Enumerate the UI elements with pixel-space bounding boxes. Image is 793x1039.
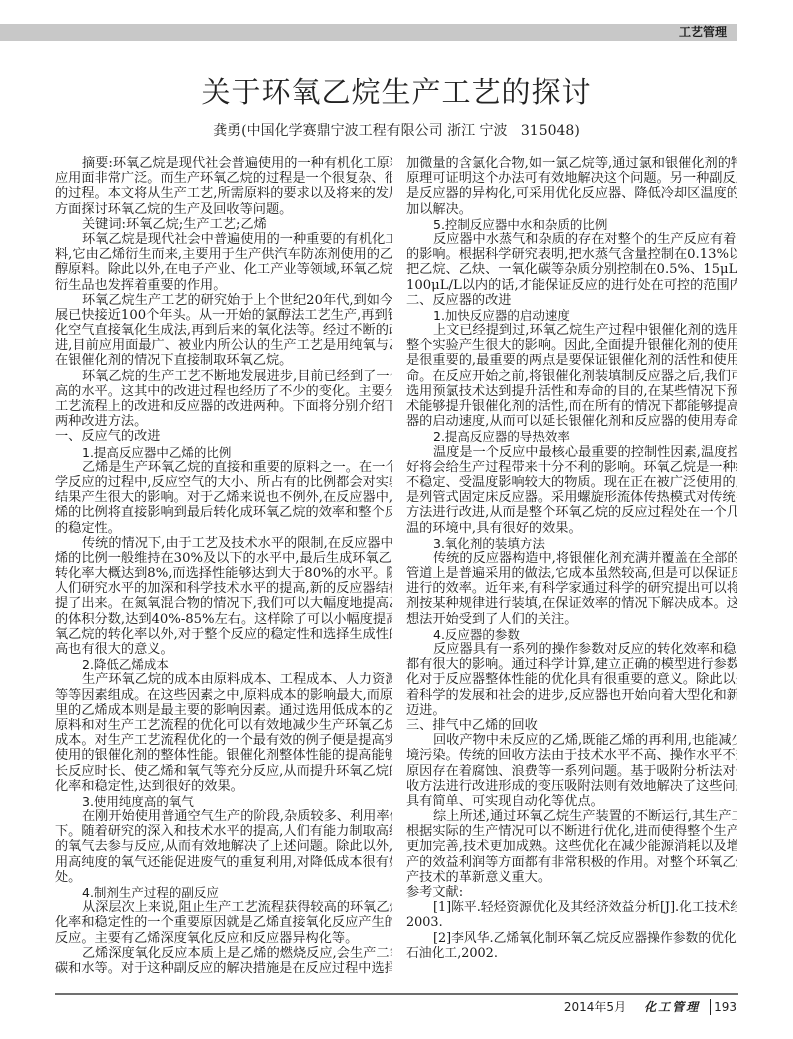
text-line: 收方法进行改进形成的变压吸附法则有效地解决了这些问题,还 bbox=[406, 779, 737, 794]
text-line: 综上所述,通过环氧乙烷生产装置的不断运行,其生产工艺 bbox=[406, 809, 737, 824]
text-line: 的过程。本文将从生产工艺,所需原料的要求以及将来的发展等 bbox=[55, 186, 392, 201]
section-tag: 工艺管理 bbox=[679, 24, 727, 41]
text-line: 结果产生很大的影响。对于乙烯来说也不例外,在反应器中,乙 bbox=[55, 490, 392, 505]
text-line: 方面探讨环氧乙烷的生产及回收等问题。 bbox=[55, 202, 392, 217]
text-line: 工艺流程上的改进和反应器的改进两种。下面将分别介绍下这 bbox=[55, 399, 392, 414]
text-line: 在银催化剂的情况下直接制取环氧乙烷。 bbox=[55, 353, 392, 368]
text-line: 选用预氯技术达到提升活性和寿命的目的,在某些情况下预氯技 bbox=[406, 384, 737, 399]
text-line: 烯的比例将直接影响到最后转化成环氧乙烷的效率和整个反应 bbox=[55, 505, 392, 520]
text-line: 两种改进方法。 bbox=[55, 414, 392, 429]
text-line: 提了出来。在氮氧混合物的情况下,我们可以大幅度地提高乙烯 bbox=[55, 596, 392, 611]
text-line: 不稳定、受温度影响较大的物质。现在正在被广泛使用的反应器 bbox=[406, 475, 737, 490]
text-line: 原料和对生产工艺流程的优化可以有效地减少生产环氧乙烷的 bbox=[55, 718, 392, 733]
text-line: 碳和水等。对于这种副反应的解决措施是在反应过程中选择添 bbox=[55, 961, 392, 976]
left-column: 摘要:环氧乙烷是现代社会普遍使用的一种有机化工原料,应用面非常广泛。而生产环氧乙… bbox=[55, 156, 392, 976]
text-line: 根据实际的生产情况可以不断进行优化,进而使得整个生产流程 bbox=[406, 824, 737, 839]
text-line: 醇原料。除此以外,在电子产业、化工产业等领域,环氧乙烷及其 bbox=[55, 262, 392, 277]
text-line: 进,目前应用面最广、被业内所公认的生产工艺是用纯氧与乙烯 bbox=[55, 338, 392, 353]
text-line: 烯的比例一般维持在30%及以下的水平中,最后生成环氧乙烷的 bbox=[55, 551, 392, 566]
text-line: 着科学的发展和社会的进步,反应器也开始向着大型化和新型化 bbox=[406, 688, 737, 703]
text-line: 应用面非常广泛。而生产环氧乙烷的过程是一个很复杂、很精密 bbox=[55, 171, 392, 186]
text-line: 温度是一个反应中最核心最重要的控制性因素,温度控制不 bbox=[406, 445, 737, 460]
text-line: 环氧乙烷生产工艺的研究始于上个世纪20年代,到如今发 bbox=[55, 293, 392, 308]
section-heading: 4.制剂生产过程的副反应 bbox=[55, 885, 392, 900]
text-line: 乙烯深度氧化反应本质上是乙烯的燃烧反应,会生产二氧化 bbox=[55, 946, 392, 961]
text-line: 管道上是普遍采用的做法,它成本虽然较高,但是可以保证反应 bbox=[406, 566, 737, 581]
author-line: 龚勇(中国化学赛鼎宁波工程有限公司 浙江 宁波 315048) bbox=[213, 123, 580, 139]
text-line: 加以解决。 bbox=[406, 202, 737, 217]
text-line: 是很重要的,最重要的两点是要保证银催化剂的活性和使用寿 bbox=[406, 353, 737, 368]
text-line: [2]李风华.乙烯氧化制环氧乙烷反应器操作参数的优化[J]. bbox=[406, 931, 737, 946]
text-line: 摘要:环氧乙烷是现代社会普遍使用的一种有机化工原料, bbox=[55, 156, 392, 171]
text-line: 反应。主要有乙烯深度氧化反应和反应器异构化等。 bbox=[55, 931, 392, 946]
text-line: 环氧乙烷是现代社会中普遍使用的一种重要的有机化工原 bbox=[55, 232, 392, 247]
text-line: 上文已经提到过,环氧乙烷生产过程中银催化剂的选用将对 bbox=[406, 323, 737, 338]
issue-date: 2014年5月 bbox=[564, 999, 626, 1015]
text-line: 进行的效率。近年来,有科学家通过科学的研究提出可以将催化 bbox=[406, 581, 737, 596]
text-line: 的影响。根据科学研究表明,把水蒸气含量控制在0.13%以下, bbox=[406, 247, 737, 262]
text-line: 的体积分数,达到40%-85%左右。这样除了可以小幅度提高环 bbox=[55, 612, 392, 627]
section-heading: 一、反应气的改进 bbox=[55, 429, 392, 444]
header-bar: 工艺管理 bbox=[0, 24, 737, 41]
text-line: 关键词:环氧乙烷;生产工艺;乙烯 bbox=[55, 217, 392, 232]
text-line: 传统的情况下,由于工艺及技术水平的限制,在反应器中乙 bbox=[55, 536, 392, 551]
author-affiliation: 龚勇(中国化学赛鼎宁波工程有限公司 浙江 宁波 315048) bbox=[0, 120, 793, 140]
text-line: 100μL/L以内的话,才能保证反应的进行处在可控的范围内。 bbox=[406, 278, 737, 293]
text-line: 里的乙烯成本则是最主要的影响因素。通过选用低成本的乙烯 bbox=[55, 703, 392, 718]
text-line: 衍生品也发挥着重要的作用。 bbox=[55, 278, 392, 293]
section-heading: 3.氧化剂的装填方法 bbox=[406, 536, 737, 551]
text-line: 产技术的革新意义重大。 bbox=[406, 870, 737, 885]
text-line: 生产环氧乙烷的成本由原料成本、工程成本、人力资源成本 bbox=[55, 672, 392, 687]
text-line: 反应器中水蒸气和杂质的存在对整个的生产反应有着巨大 bbox=[406, 232, 737, 247]
text-line: 的稳定性。 bbox=[55, 521, 392, 536]
text-line: 方法进行改进,从而是整个环氧乙烷的反应过程处在一个几乎恒 bbox=[406, 505, 737, 520]
chevron-left-icon bbox=[602, 48, 612, 65]
text-line: 化对于反应器整体性能的优化具有很重要的意义。除此以外,随 bbox=[406, 672, 737, 687]
section-heading: 参考文献: bbox=[406, 885, 737, 900]
text-line: 在刚开始使用普通空气生产的阶段,杂质较多、利用率低 bbox=[55, 809, 392, 824]
text-line: 处。 bbox=[55, 870, 392, 885]
section-heading: 1.加快反应器的启动速度 bbox=[406, 308, 737, 323]
section-heading: 三、排气中乙烯的回收 bbox=[406, 718, 737, 733]
text-line: 器的启动速度,从而可以延长银催化剂和反应器的使用寿命。 bbox=[406, 414, 737, 429]
text-line: 温的环境中,具有很好的效果。 bbox=[406, 521, 737, 536]
text-line: 从深层次上来说,阻止生产工艺流程获得较高的环氧乙烷转 bbox=[55, 900, 392, 915]
section-heading: 2.降低乙烯成本 bbox=[55, 657, 392, 672]
text-line: 产的效益利润等方面都有非常积极的作用。对整个环氧乙烷生 bbox=[406, 855, 737, 870]
text-line: 成本。对生产工艺流程优化的一个最有效的例子便是提高实验 bbox=[55, 733, 392, 748]
text-line: 原因存在着腐蚀、浪费等一系列问题。基于吸附分析法对传统回 bbox=[406, 764, 737, 779]
text-line: 传统的反应器构造中,将银催化剂充满并覆盖在全部的反应 bbox=[406, 551, 737, 566]
text-line: 更加完善,技术更加成熟。这些优化在减少能源消耗以及增加生 bbox=[406, 839, 737, 854]
text-line: 下。随着研究的深入和技术水平的提高,人们有能力制取高纯度 bbox=[55, 824, 392, 839]
text-line: 是列管式固定床反应器。采用螺旋形流体传热模式对传统导热 bbox=[406, 490, 737, 505]
text-line: 用高纯度的氧气还能促进废气的重复利用,对降低成本很有好 bbox=[55, 855, 392, 870]
journal-logo: 化工管理 bbox=[644, 999, 700, 1015]
text-line: 化率和稳定性的一个重要原因就是乙烯直接氧化反应产生的副 bbox=[55, 915, 392, 930]
text-line: 想法开始受到了人们的关注。 bbox=[406, 612, 737, 627]
text-line: 石油化工,2002. bbox=[406, 946, 737, 961]
text-line: 术能够提升银催化剂的活性,而在所有的情况下都能够提高反应 bbox=[406, 399, 737, 414]
text-line: 高也有很大的意义。 bbox=[55, 642, 392, 657]
text-line: 迈进。 bbox=[406, 703, 737, 718]
section-heading: 4.反应器的参数 bbox=[406, 627, 737, 642]
text-line: 展已快接近100个年头。从一开始的氯醇法工艺生产,再到银催 bbox=[55, 308, 392, 323]
text-line: 高的水平。这其中的改进过程也经历了不少的变化。主要分为 bbox=[55, 384, 392, 399]
text-line: 化空气直接氧化生成法,再到后来的氧化法等。经过不断的改 bbox=[55, 323, 392, 338]
text-line: 具有简单、可实现自动化等优点。 bbox=[406, 794, 737, 809]
section-heading: 5.控制反应器中水和杂质的比例 bbox=[406, 217, 737, 232]
footer-rule bbox=[55, 993, 738, 995]
right-column: 加微量的含氯化合物,如一氯乙烷等,通过氯和银催化剂的特性原理可证明这个办法可有效… bbox=[406, 156, 737, 961]
text-line: 是反应器的异构化,可采用优化反应器、降低冷却区温度的方法 bbox=[406, 186, 737, 201]
text-line: 加微量的含氯化合物,如一氯乙烷等,通过氯和银催化剂的特性 bbox=[406, 156, 737, 171]
section-heading: 1.提高反应器中乙烯的比例 bbox=[55, 445, 392, 460]
footer-separator bbox=[710, 999, 711, 1015]
text-line: 人们研究水平的加深和科学技术水平的提高,新的反应器结构被 bbox=[55, 581, 392, 596]
text-line: 长反应时长、使乙烯和氧气等充分反应,从而提升环氧乙烷的转 bbox=[55, 764, 392, 779]
text-line: 反应器具有一系列的操作参数对反应的转化效率和稳定性 bbox=[406, 642, 737, 657]
text-line: 回收产物中未反应的乙烯,既能乙烯的再利用,也能减少环 bbox=[406, 733, 737, 748]
text-line: 好将会给生产过程带来十分不利的影响。环氧乙烷是一种结构 bbox=[406, 460, 737, 475]
article-title: 关于环氧乙烷生产工艺的探讨 bbox=[0, 70, 793, 111]
text-line: 环氧乙烷的生产工艺不断地发展进步,目前已经到了一个较 bbox=[55, 369, 392, 384]
text-line: 境污染。传统的回收方法由于技术水平不高、操作水平不规范等 bbox=[406, 748, 737, 763]
text-line: 化率和稳定性,达到很好的效果。 bbox=[55, 779, 392, 794]
text-line: 使用的银催化剂的整体性能。银催化剂整体性能的提高能够延 bbox=[55, 748, 392, 763]
text-line: 命。在反应开始之前,将银催化剂装填制反应器之后,我们可以 bbox=[406, 369, 737, 384]
text-line: 剂按某种规律进行装填,在保证效率的情况下解决成本。这样的 bbox=[406, 596, 737, 611]
text-line: 转化率大概达到8%,而选择性能够达到大于80%的水平。随着 bbox=[55, 566, 392, 581]
text-line: 原理可证明这个办法可有效地解决这个问题。另一种副反应便 bbox=[406, 171, 737, 186]
page-footer: 2014年5月 化工管理 193 bbox=[564, 999, 737, 1015]
text-line: 2003. bbox=[406, 915, 737, 930]
section-heading: 二、反应器的改进 bbox=[406, 293, 737, 308]
text-line: 乙烯是生产环氧乙烷的直接和重要的原料之一。在一个化 bbox=[55, 460, 392, 475]
text-line: 氧乙烷的转化率以外,对于整个反应的稳定性和选择生成性的提 bbox=[55, 627, 392, 642]
text-line: 等等因素组成。在这些因素之中,原料成本的影响最大,而原料 bbox=[55, 688, 392, 703]
text-line: 料,它由乙烯衍生而来,主要用于生产供汽车防冻剂使用的乙二 bbox=[55, 247, 392, 262]
section-heading: 2.提高反应器的导热效率 bbox=[406, 429, 737, 444]
section-heading: 3.使用纯度高的氧气 bbox=[55, 794, 392, 809]
text-line: [1]陈平.轻烃资源优化及其经济效益分析[J].化工技术经济, bbox=[406, 900, 737, 915]
text-line: 都有很大的影响。通过科学计算,建立正确的模型进行参数的优 bbox=[406, 657, 737, 672]
text-line: 整个实验产生很大的影响。因此,全面提升银催化剂的使用性能 bbox=[406, 338, 737, 353]
text-line: 学反应的过程中,反应空气的大小、所占有的比例都会对实验的 bbox=[55, 475, 392, 490]
text-line: 把乙烷、乙炔、一氧化碳等杂质分别控制在0.5%、15μL/L、 bbox=[406, 262, 737, 277]
text-line: 的氧气去参与反应,从而有效地解决了上述问题。除此以外,使 bbox=[55, 839, 392, 854]
page-number: 193 bbox=[714, 999, 737, 1015]
